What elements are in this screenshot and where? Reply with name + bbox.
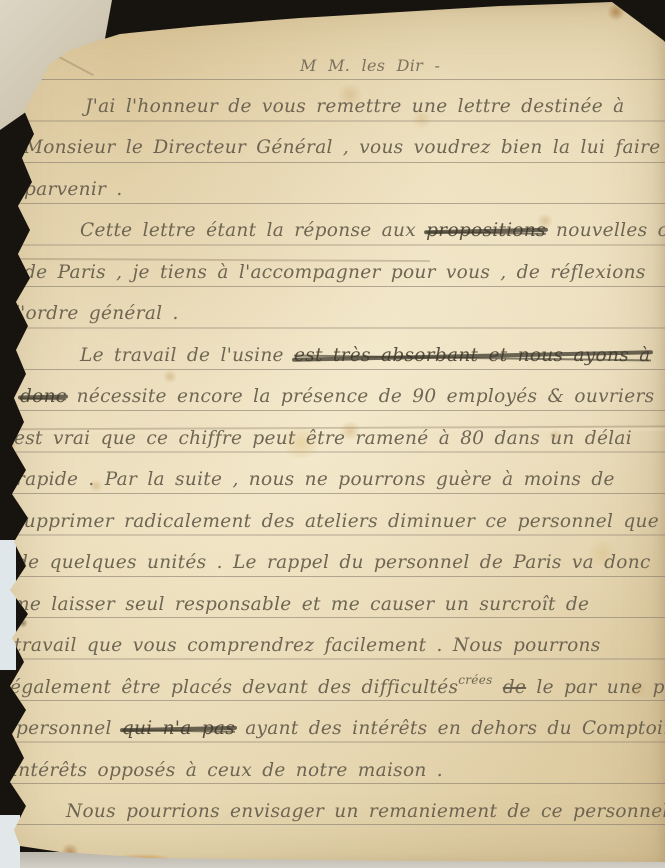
- letter-text: supprimer radicalement des ateliers dimi…: [14, 511, 659, 532]
- letter-line-11: supprimer radicalement des ateliers dimi…: [14, 511, 659, 532]
- letter-text: ayant des intérêts en dehors du Comptoir: [235, 718, 665, 739]
- scribbled-out-text: propositions: [426, 220, 546, 241]
- letter-text: est vrai que ce chiffre peut être ramené…: [14, 428, 632, 449]
- scribbled-out-text: qui n'a pas: [122, 718, 235, 739]
- letter-text: travail que vous comprendrez facilement …: [14, 635, 601, 656]
- letter-text: également être placés devant des difficu…: [10, 677, 458, 698]
- letter-text: J'ai l'honneur de vous remettre une lett…: [85, 96, 625, 117]
- letter-text: Monsieur le Directeur Général , vous vou…: [24, 137, 660, 158]
- letter-line-2: Monsieur le Directeur Général , vous vou…: [24, 137, 660, 158]
- letter-text: personnel: [16, 718, 122, 739]
- letter-text: intérêts opposés à ceux de notre maison …: [12, 760, 443, 781]
- letter-heading-text: M M. les Dir -: [300, 56, 440, 75]
- letter-heading: M M. les Dir -: [300, 56, 440, 75]
- letter-text: de Paris , je tiens à l'accompagner pour…: [24, 262, 646, 283]
- tear-shadow-spot: [18, 618, 28, 628]
- scribbled-out-text: est très absorbant et nous ayons à: [294, 345, 651, 366]
- letter-text: parvenir .: [24, 179, 123, 200]
- letter-line-4: Cette lettre étant la réponse aux propos…: [80, 220, 665, 241]
- scribbled-out-text: donc: [20, 386, 66, 407]
- stain-spot: [606, 4, 626, 20]
- letter-line-6: d'ordre général .: [8, 303, 179, 324]
- letter-text: me laisser seul responsable et me causer…: [12, 594, 589, 615]
- letter-line-18: Nous pourrions envisager un remaniement …: [66, 801, 665, 822]
- torn-edge-gap-bottom-left: [0, 815, 20, 868]
- letter-line-13: me laisser seul responsable et me causer…: [12, 594, 589, 615]
- letter-line-1: J'ai l'honneur de vous remettre une lett…: [85, 96, 625, 117]
- scanned-letter-page: M M. les Dir - J'ai l'honneur de vous re…: [0, 0, 665, 868]
- letter-text: rapide . Par la suite , nous ne pourrons…: [16, 469, 615, 490]
- letter-text: de quelques unités . Le rappel du person…: [16, 552, 651, 573]
- inserted-letter-above-line: u: [8, 714, 16, 728]
- letter-line-3: parvenir .: [24, 179, 123, 200]
- letter-text: Le travail de l'usine: [80, 345, 294, 366]
- letter-text: Cette lettre étant la réponse aux: [80, 220, 426, 241]
- letter-line-15: également être placés devant des difficu…: [10, 677, 665, 698]
- letter-line-8: donc nécessite encore la présence de 90 …: [20, 386, 665, 407]
- letter-line-9: est vrai que ce chiffre peut être ramené…: [14, 428, 632, 449]
- stain-spot: [162, 370, 178, 383]
- letter-line-14: travail que vous comprendrez facilement …: [14, 635, 601, 656]
- letter-line-5: de Paris , je tiens à l'accompagner pour…: [24, 262, 646, 283]
- letter-text: Nous pourrions envisager un remaniement …: [66, 801, 665, 822]
- torn-edge-gap-left: [0, 540, 16, 670]
- letter-line-16: upersonnel qui n'a pas ayant des intérêt…: [8, 718, 665, 739]
- letter-line-17: intérêts opposés à ceux de notre maison …: [12, 760, 443, 781]
- letter-text: d'ordre général .: [8, 303, 179, 324]
- letter-line-7: Le travail de l'usine est très absorbant…: [80, 345, 651, 366]
- struck-word: de: [503, 677, 526, 698]
- letter-text: nouvelles conditions: [546, 220, 665, 241]
- letter-line-10: rapide . Par la suite , nous ne pourrons…: [16, 469, 615, 490]
- letter-text: le par une partie: [526, 677, 665, 698]
- letter-text: nécessite encore la présence de 90 emplo…: [66, 386, 665, 407]
- letter-line-12: de quelques unités . Le rappel du person…: [16, 552, 651, 573]
- inserted-word-above-line: crées: [458, 673, 492, 687]
